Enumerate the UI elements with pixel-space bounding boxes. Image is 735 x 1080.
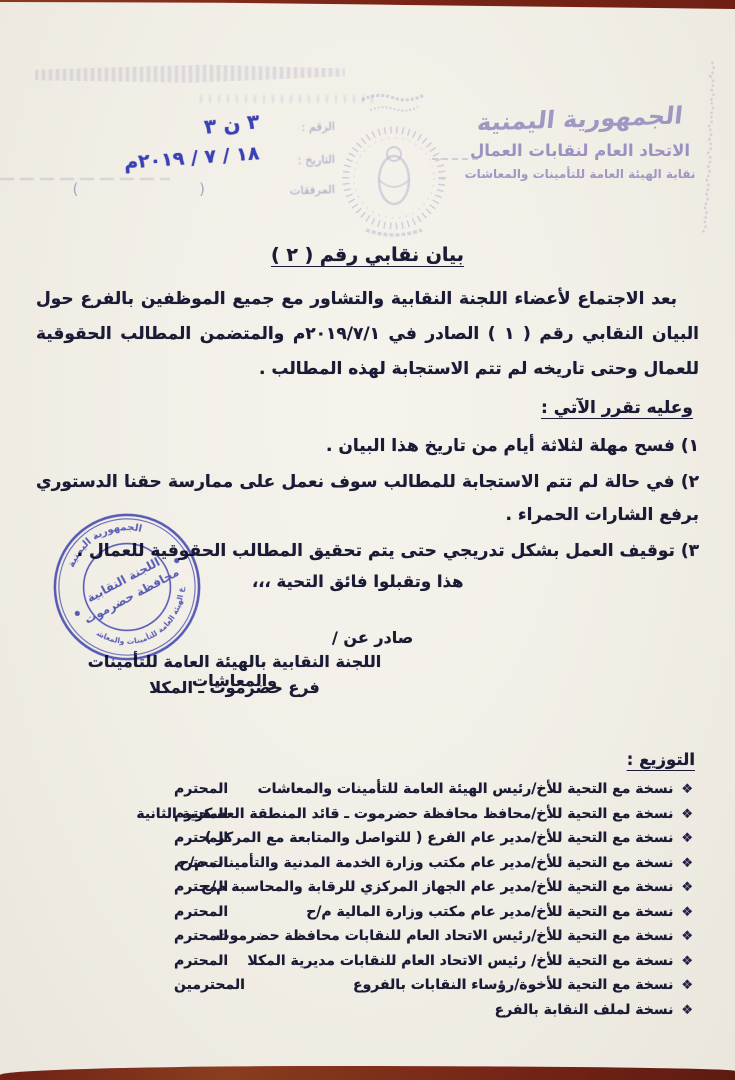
distribution-item-text: نسخة مع التحية للأخ/رئيس الهيئة العامة ل… [258, 781, 674, 797]
honorific-label: المحترم [174, 806, 228, 822]
diamond-bullet-icon: ❖ [681, 978, 693, 993]
honorific-label: المحترم [174, 928, 228, 944]
opening-paragraph: بعد الاجتماع لأعضاء اللجنة النقابية والت… [36, 282, 699, 387]
distribution-item: ❖نسخة مع التحية للأخ/ رئيس الاتحاد العام… [172, 953, 693, 978]
distribution-list: ❖نسخة مع التحية للأخ/رئيس الهيئة العامة … [172, 781, 693, 1026]
federation-name: الاتحاد العام لنقابات العمال [455, 141, 705, 160]
diamond-bullet-icon: ❖ [681, 929, 693, 944]
reference-attachments-label: المرفقات [273, 182, 335, 198]
reference-number-value: ٣ ن ٣ [202, 109, 260, 139]
diamond-bullet-icon: ❖ [681, 782, 693, 797]
distribution-item: ❖نسخة مع التحية للأخ/مدير عام مكتب وزارة… [172, 855, 693, 880]
faded-fax-header-artifact [35, 62, 345, 88]
reference-date-value: ١٨ / ٧ / ٢٠١٩م [123, 142, 260, 173]
honorific-label: المحترمين [174, 977, 245, 993]
diamond-bullet-icon: ❖ [681, 880, 693, 895]
diamond-bullet-icon: ❖ [681, 831, 693, 846]
distribution-item-text: نسخة مع التحية للأخ/مدير عام مكتب وزارة … [306, 904, 673, 920]
distribution-item: ❖نسخة لملف النقابة بالفرع [172, 1002, 693, 1027]
diamond-bullet-icon: ❖ [681, 856, 693, 871]
letterhead-block: الجمهورية اليمنية الاتحاد العام لنقابات … [455, 105, 705, 181]
honorific-label: المحترم [174, 830, 228, 846]
photo-background-bottom-edge [0, 1066, 735, 1080]
distribution-item: ❖نسخة مع التحية للأخ/مدير عام الجهاز الم… [172, 879, 693, 904]
honorific-label: المحترم [174, 855, 228, 871]
reference-number-row: الرقم : ٣ ن ٣ [55, 112, 335, 136]
federation-emblem-icon [322, 88, 467, 243]
distribution-item-text: نسخة مع التحية للأخ/رئيس الاتحاد العام ل… [216, 928, 674, 944]
diamond-bullet-icon: ❖ [681, 807, 693, 822]
distribution-heading: التوزيع : [627, 750, 695, 769]
issued-by-label: صادر عن / [332, 628, 413, 647]
diamond-bullet-icon: ❖ [681, 954, 693, 969]
distribution-item: ❖نسخة مع التحية للأخ/محافظ محافظة حضرموت… [172, 806, 693, 831]
republic-calligraphy: الجمهورية اليمنية [453, 101, 707, 138]
distribution-item-text: نسخة مع التحية للأخ/مدير عام الجهاز المر… [201, 879, 673, 895]
photo-background-top-edge [0, 0, 735, 9]
distribution-item-text: نسخة مع التحية للأخ/ رئيس الاتحاد العام … [247, 953, 673, 969]
reference-attachments-row: المرفقات ( ) [55, 180, 335, 198]
reference-number-label: الرقم : [273, 119, 335, 135]
distribution-item: ❖نسخة مع التحية للأخ/رئيس الهيئة العامة … [172, 781, 693, 806]
diamond-bullet-icon: ❖ [681, 1003, 693, 1018]
decision-heading: وعليه تقرر الآتي : [541, 398, 693, 418]
honorific-label: المحترم [174, 953, 228, 969]
union-name: نقابة الهيئة العامة للتأمينات والمعاشات [455, 167, 705, 181]
reference-date-label: التاريخ : [273, 152, 335, 168]
decision-point-1: ١) فسح مهلة لثلاثة أيام من تاريخ هذا الب… [36, 430, 699, 463]
honorific-label: المحترم [174, 781, 228, 797]
distribution-item: ❖نسخة مع التحية للأخ/مدير عام مكتب وزارة… [172, 904, 693, 929]
diamond-bullet-icon: ❖ [681, 905, 693, 920]
distribution-item: ❖نسخة مع التحية للأخوة/رؤساء النقابات با… [172, 977, 693, 1002]
distribution-item: ❖نسخة مع التحية للأخ/مدير عام الفرع ( لل… [172, 830, 693, 855]
distribution-item-text: نسخة مع التحية للأخوة/رؤساء النقابات بال… [353, 977, 673, 993]
statement-title: بيان نقابي رقم ( ٢ ) [0, 244, 735, 266]
reference-stamp-block: الرقم : ٣ ن ٣ التاريخ : ١٨ / ٧ / ٢٠١٩م ا… [55, 112, 335, 209]
honorific-label: المحترم [174, 904, 228, 920]
scanned-document-page: الجمهورية اليمنية الاتحاد العام لنقابات … [0, 0, 735, 1080]
honorific-label: المحترم [174, 879, 228, 895]
distribution-item-text: نسخة لملف النقابة بالفرع [495, 1002, 674, 1018]
closing-salutation: هذا وتقبلوا فائق التحية ،،، [252, 572, 464, 591]
distribution-item-text: نسخة مع التحية للأخ/مدير عام الفرع ( للت… [205, 830, 673, 846]
distribution-item-text: نسخة مع التحية للأخ/مدير عام مكتب وزارة … [179, 855, 673, 871]
distribution-item: ❖نسخة مع التحية للأخ/رئيس الاتحاد العام … [172, 928, 693, 953]
reference-date-row: التاريخ : ١٨ / ٧ / ٢٠١٩م [55, 147, 335, 169]
reference-attachments-parens: ( ) [73, 180, 263, 198]
